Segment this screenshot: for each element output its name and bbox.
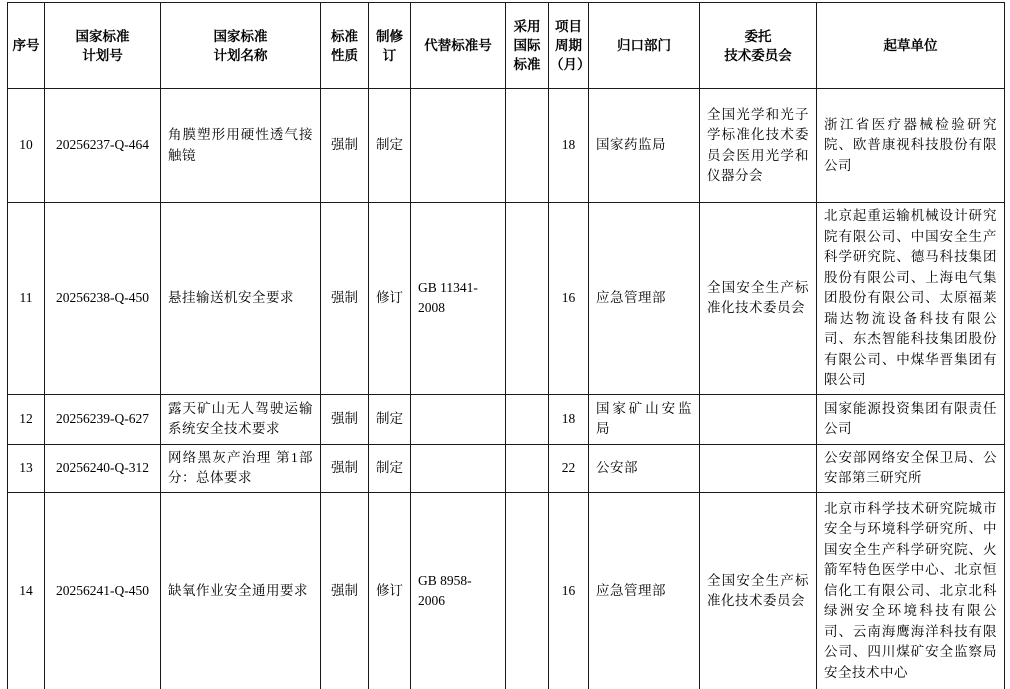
cell-make_revise: 修订: [369, 492, 411, 689]
column-header-serial: 序号: [8, 3, 45, 89]
document-page: 序号国家标准计划号国家标准计划名称标准性质制修订代替标准号采用国际标准项目周期（…: [0, 0, 1010, 689]
column-header-department: 归口部门: [589, 3, 700, 89]
cell-drafting_units: 北京市科学技术研究院城市安全与环境科学研究所、中国安全生产科学研究院、火箭军特色…: [817, 492, 1005, 689]
cell-committee: 全国安全生产标准化技术委员会: [700, 203, 817, 395]
cell-period_months: 18: [549, 89, 589, 203]
column-header-replaced_std: 代替标准号: [411, 3, 506, 89]
cell-nature: 强制: [321, 394, 369, 444]
cell-committee: 全国光学和光子学标准化技术委员会医用光学和仪器分会: [700, 89, 817, 203]
table-row: 1220256239-Q-627露天矿山无人驾驶运输系统安全技术要求强制制定18…: [8, 394, 1005, 444]
cell-make_revise: 制定: [369, 444, 411, 492]
cell-intl_std: [506, 89, 549, 203]
cell-make_revise: 制定: [369, 89, 411, 203]
cell-drafting_units: 浙江省医疗器械检验研究院、欧普康视科技股份有限公司: [817, 89, 1005, 203]
cell-drafting_units: 公安部网络安全保卫局、公安部第三研究所: [817, 444, 1005, 492]
cell-plan_number: 20256237-Q-464: [45, 89, 161, 203]
column-header-plan_name: 国家标准计划名称: [161, 3, 321, 89]
cell-intl_std: [506, 492, 549, 689]
column-header-drafting_units: 起草单位: [817, 3, 1005, 89]
cell-make_revise: 修订: [369, 203, 411, 395]
table-row: 1020256237-Q-464角膜塑形用硬性透气接触镜强制制定18国家药监局全…: [8, 89, 1005, 203]
cell-plan_name: 网络黑灰产治理 第1部分：总体要求: [161, 444, 321, 492]
cell-plan_number: 20256239-Q-627: [45, 394, 161, 444]
table-body: 1020256237-Q-464角膜塑形用硬性透气接触镜强制制定18国家药监局全…: [8, 89, 1005, 689]
cell-serial: 10: [8, 89, 45, 203]
column-header-period_months: 项目周期（月）: [549, 3, 589, 89]
cell-serial: 14: [8, 492, 45, 689]
cell-replaced_std: [411, 444, 506, 492]
cell-plan_name: 缺氧作业安全通用要求: [161, 492, 321, 689]
cell-committee: [700, 444, 817, 492]
table-row: 1420256241-Q-450缺氧作业安全通用要求强制修订GB 8958-20…: [8, 492, 1005, 689]
cell-period_months: 16: [549, 203, 589, 395]
cell-department: 公安部: [589, 444, 700, 492]
cell-serial: 11: [8, 203, 45, 395]
column-header-committee: 委托技术委员会: [700, 3, 817, 89]
cell-nature: 强制: [321, 203, 369, 395]
cell-nature: 强制: [321, 492, 369, 689]
cell-drafting_units: 北京起重运输机械设计研究院有限公司、中国安全生产科学研究院、德马科技集团股份有限…: [817, 203, 1005, 395]
table-row: 1120256238-Q-450悬挂输送机安全要求强制修订GB 11341-20…: [8, 203, 1005, 395]
cell-serial: 12: [8, 394, 45, 444]
cell-plan_name: 角膜塑形用硬性透气接触镜: [161, 89, 321, 203]
cell-nature: 强制: [321, 89, 369, 203]
cell-intl_std: [506, 203, 549, 395]
cell-plan_number: 20256238-Q-450: [45, 203, 161, 395]
cell-department: 应急管理部: [589, 492, 700, 689]
table-row: 1320256240-Q-312网络黑灰产治理 第1部分：总体要求强制制定22公…: [8, 444, 1005, 492]
cell-period_months: 16: [549, 492, 589, 689]
column-header-intl_std: 采用国际标准: [506, 3, 549, 89]
cell-plan_name: 露天矿山无人驾驶运输系统安全技术要求: [161, 394, 321, 444]
cell-committee: 全国安全生产标准化技术委员会: [700, 492, 817, 689]
cell-intl_std: [506, 394, 549, 444]
cell-department: 应急管理部: [589, 203, 700, 395]
cell-replaced_std: [411, 89, 506, 203]
cell-replaced_std: [411, 394, 506, 444]
column-header-plan_number: 国家标准计划号: [45, 3, 161, 89]
header-row: 序号国家标准计划号国家标准计划名称标准性质制修订代替标准号采用国际标准项目周期（…: [8, 3, 1005, 89]
cell-committee: [700, 394, 817, 444]
cell-plan_number: 20256240-Q-312: [45, 444, 161, 492]
table-header: 序号国家标准计划号国家标准计划名称标准性质制修订代替标准号采用国际标准项目周期（…: [8, 3, 1005, 89]
cell-period_months: 22: [549, 444, 589, 492]
cell-department: 国家矿山安监局: [589, 394, 700, 444]
cell-make_revise: 制定: [369, 394, 411, 444]
column-header-nature: 标准性质: [321, 3, 369, 89]
cell-intl_std: [506, 444, 549, 492]
cell-replaced_std: GB 11341-2008: [411, 203, 506, 395]
cell-department: 国家药监局: [589, 89, 700, 203]
cell-nature: 强制: [321, 444, 369, 492]
cell-replaced_std: GB 8958-2006: [411, 492, 506, 689]
standards-plan-table: 序号国家标准计划号国家标准计划名称标准性质制修订代替标准号采用国际标准项目周期（…: [7, 2, 1005, 689]
cell-plan_number: 20256241-Q-450: [45, 492, 161, 689]
cell-serial: 13: [8, 444, 45, 492]
cell-plan_name: 悬挂输送机安全要求: [161, 203, 321, 395]
cell-period_months: 18: [549, 394, 589, 444]
column-header-make_revise: 制修订: [369, 3, 411, 89]
cell-drafting_units: 国家能源投资集团有限责任公司: [817, 394, 1005, 444]
